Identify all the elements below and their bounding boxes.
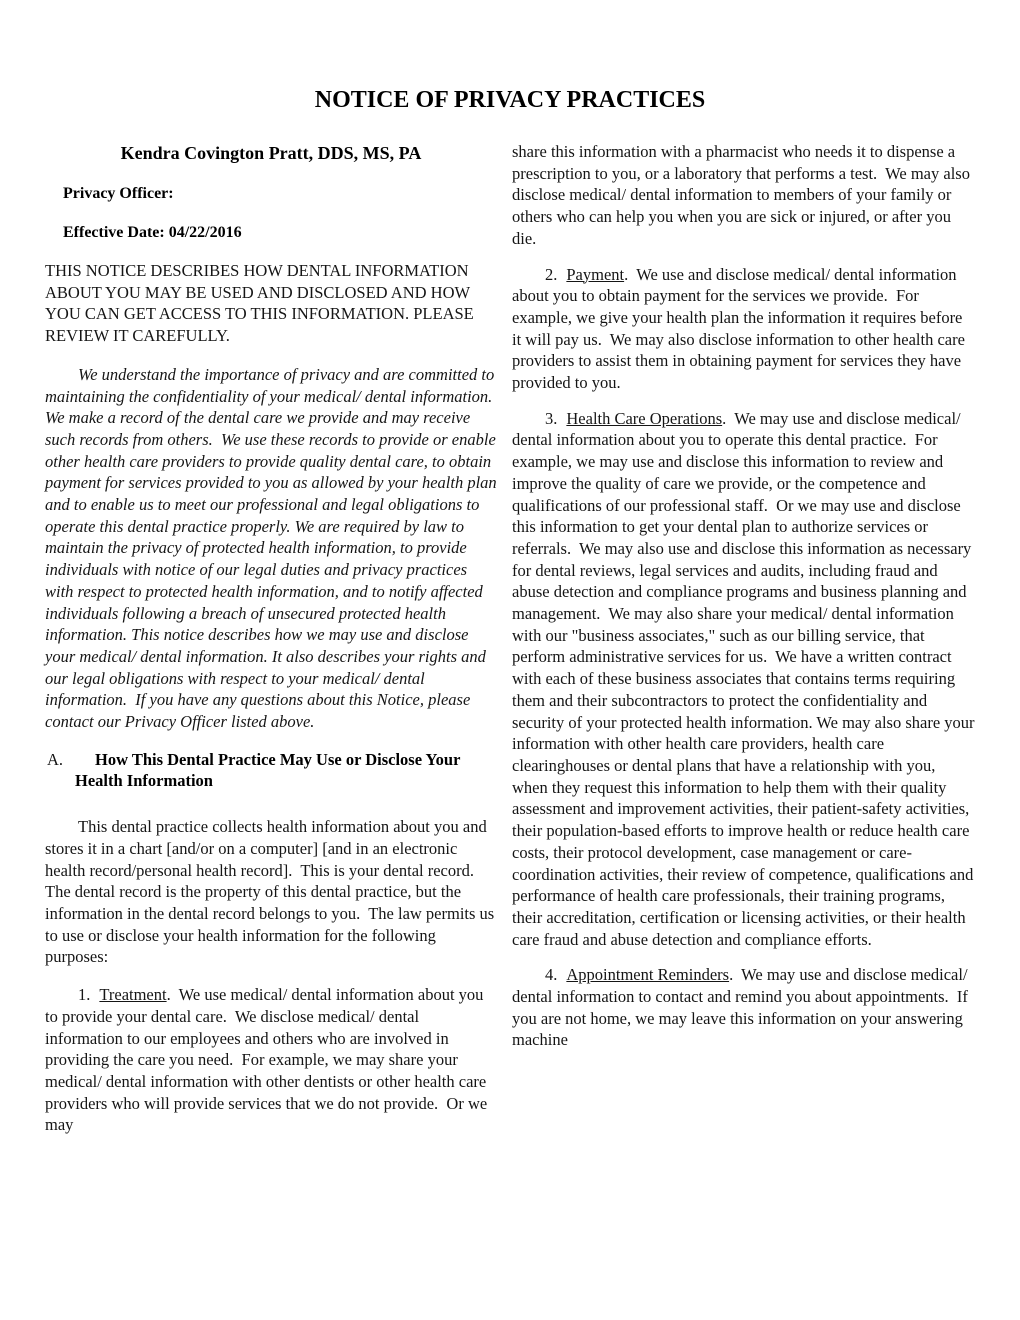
- item-operations-number: 3.: [545, 409, 557, 428]
- item-payment-number: 2.: [545, 265, 557, 284]
- numbered-item-treatment: 1.Treatment. We use medical/ dental info…: [45, 984, 497, 1136]
- section-a-title: How This Dental Practice May Use or Disc…: [75, 750, 460, 791]
- item-treatment-text: . We use medical/ dental information abo…: [45, 985, 491, 1134]
- item-treatment-title: Treatment: [99, 985, 166, 1004]
- treatment-continuation-paragraph: share this information with a pharmacist…: [512, 141, 975, 250]
- numbered-item-payment: 2.Payment. We use and disclose medical/ …: [512, 264, 975, 394]
- right-column: share this information with a pharmacist…: [512, 141, 975, 1065]
- numbered-item-health-care-operations: 3.Health Care Operations. We may use and…: [512, 408, 975, 951]
- notice-of-privacy-practices-document: NOTICE OF PRIVACY PRACTICES Kendra Covin…: [0, 0, 1020, 1320]
- dental-record-paragraph: This dental practice collects health inf…: [45, 816, 497, 968]
- item-operations-title: Health Care Operations: [566, 409, 722, 428]
- intro-paragraph: We understand the importance of privacy …: [45, 364, 497, 733]
- effective-date: Effective Date: 04/22/2016: [63, 223, 497, 243]
- section-a-letter: A.: [47, 749, 63, 771]
- item-operations-text: . We may use and disclose medical/ denta…: [512, 409, 979, 949]
- practice-name: Kendra Covington Pratt, DDS, MS, PA: [45, 141, 497, 165]
- section-a-heading: A.How This Dental Practice May Use or Di…: [45, 749, 497, 792]
- left-column: Kendra Covington Pratt, DDS, MS, PA Priv…: [45, 141, 497, 1152]
- item-treatment-number: 1.: [78, 985, 90, 1004]
- numbered-item-appointment-reminders: 4.Appointment Reminders. We may use and …: [512, 964, 975, 1051]
- two-column-body: Kendra Covington Pratt, DDS, MS, PA Priv…: [45, 141, 975, 1152]
- item-payment-title: Payment: [566, 265, 624, 284]
- privacy-officer-label: Privacy Officer:: [63, 184, 497, 204]
- document-title: NOTICE OF PRIVACY PRACTICES: [45, 85, 975, 115]
- notice-description-paragraph: THIS NOTICE DESCRIBES HOW DENTAL INFORMA…: [45, 260, 497, 347]
- item-reminders-title: Appointment Reminders: [566, 965, 729, 984]
- item-reminders-number: 4.: [545, 965, 557, 984]
